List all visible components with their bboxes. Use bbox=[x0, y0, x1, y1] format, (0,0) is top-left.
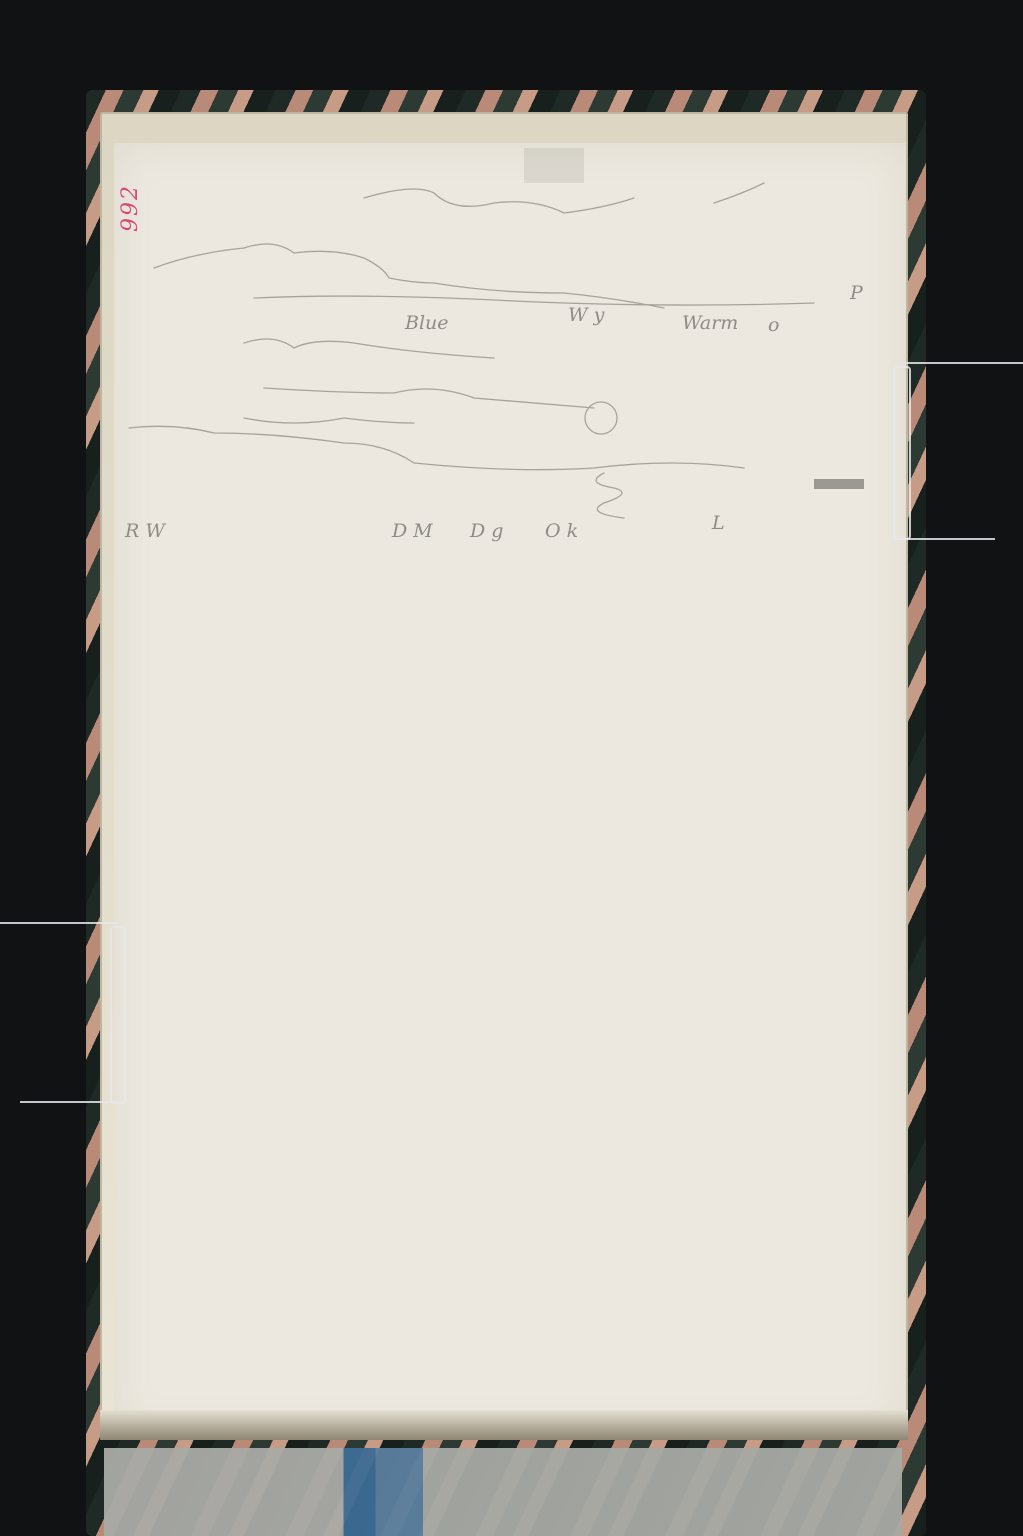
pencil-sketch bbox=[114, 143, 906, 1433]
note-p-mark: P bbox=[850, 282, 863, 304]
page-fold-shadow bbox=[100, 1410, 908, 1440]
note-dm: D M bbox=[392, 520, 433, 542]
note-dg: D g bbox=[470, 520, 503, 542]
facing-watercolour-page bbox=[104, 1448, 902, 1536]
note-wy: W y bbox=[568, 304, 604, 326]
note-l: L bbox=[712, 512, 725, 534]
note-warm: Warm bbox=[682, 312, 738, 334]
page-number: 992 bbox=[118, 184, 143, 232]
right-clip-wire-bottom bbox=[905, 538, 995, 540]
right-wire-clip bbox=[893, 366, 911, 540]
note-ok: O k bbox=[545, 520, 578, 542]
left-wire-clip bbox=[110, 926, 126, 1104]
note-o: o bbox=[768, 314, 779, 336]
note-rw: R W bbox=[125, 520, 165, 542]
left-clip-wire-top bbox=[0, 922, 118, 924]
right-clip-wire-top bbox=[905, 362, 1023, 364]
note-blue: Blue bbox=[405, 312, 449, 334]
left-clip-wire-bottom bbox=[20, 1101, 118, 1103]
